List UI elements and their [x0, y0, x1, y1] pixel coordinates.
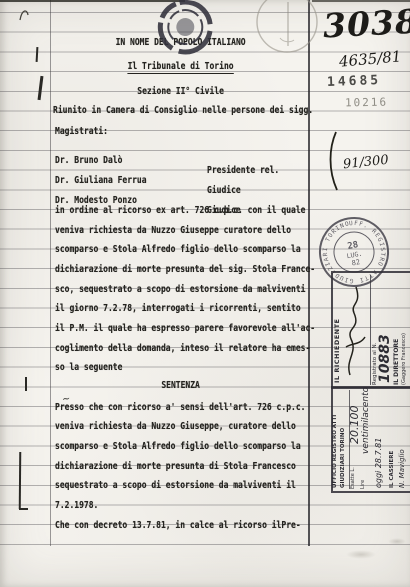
court-name-text: Il Tribunale di Torino	[128, 61, 234, 74]
scanned-document-page: IN NOME DEL POPOLO ITALIANO Il Tribunale…	[0, 0, 410, 587]
pen-stroke-icon	[326, 130, 342, 192]
director-label: IL DIRETTORE	[394, 291, 400, 385]
judge-name: Dr. Bruno Dalò	[55, 156, 122, 166]
handwritten-amount: 20.100	[349, 392, 360, 444]
body-line: scomparso e Stola Alfredo figlio dello s…	[55, 245, 301, 255]
body-line: in ordine al ricorso ex art. 726 c.p.c. …	[55, 206, 305, 216]
judge-row: Dr. Giuliana Ferrua Giudice	[55, 166, 295, 176]
body-line: veniva richiesta da Nuzzo Giuseppe, cura…	[55, 422, 296, 432]
registry-office-line2: GIUDIZIARI TORINO	[341, 396, 347, 488]
body-line: il P.M. il quale ha espresso parere favo…	[55, 324, 315, 334]
director-name: (Gaggero Francesco)	[402, 281, 407, 385]
registration-stamp-box: IL RICHIEDENTE Registrato al N. 10883 IL…	[331, 271, 410, 389]
round-ink-stamp-icon	[148, 0, 222, 63]
lire-label: Lire	[361, 454, 366, 489]
stamped-number: 14685	[327, 73, 382, 90]
body-line: dichiarazione di morte presunta del sig.…	[55, 265, 315, 275]
handwritten-case-number: 3038	[322, 2, 410, 46]
body-line: sequestrato a scopo di estorsione da mal…	[55, 481, 296, 491]
body-line: sco, sequestrato a scopo di estorsione d…	[55, 285, 305, 295]
registry-office-line1: UFFICIO REGISTRO ATTI	[333, 391, 339, 488]
judge-name: Dr. Giuliana Ferrua	[55, 176, 147, 186]
stamped-number-faint: 10216	[345, 96, 388, 110]
scan-speckle	[388, 538, 406, 545]
handwritten-amount-words: ventimilacento	[362, 390, 371, 454]
section-line: Sezione II° Civile	[53, 87, 308, 97]
body-line: veniva richiesta da Nuzzo Giuseppe curat…	[55, 226, 291, 236]
handwritten-registration-number: 10883	[378, 277, 392, 383]
embossed-stamp-icon	[250, 0, 324, 58]
court-name: Il Tribunale di Torino	[53, 62, 308, 72]
body-line: coglimento della domanda, inteso il rela…	[55, 344, 310, 354]
body-line: Presso che con ricorso a' sensi dell'art…	[55, 403, 305, 413]
esatte-label: Esatte L.	[351, 446, 356, 489]
left-margin-line	[50, 0, 51, 546]
body-line: Che con decreto 13.7.81, in calce al ric…	[55, 521, 301, 531]
cashier-label: IL CASSIERE	[390, 416, 396, 488]
cashier-stamp-box: UFFICIO REGISTRO ATTI GIUDIZIARI TORINO …	[331, 386, 410, 493]
cashier-signature: N. Maviglio	[399, 412, 406, 488]
date-line: 7.2.1978.	[55, 501, 98, 511]
signature-icon	[342, 277, 369, 383]
judge-row: Dr. Bruno Dalò Presidente rel.	[55, 146, 295, 156]
box-divider	[370, 275, 371, 385]
riunito-line: Riunito in Camera di Consiglio nelle per…	[53, 106, 313, 116]
pen-mark	[25, 377, 27, 391]
pen-mark	[17, 6, 35, 24]
scan-speckle	[346, 550, 376, 559]
sentenza-heading: SENTENZA	[53, 381, 308, 391]
body-line: so la seguente	[55, 363, 122, 373]
richiedente-label: IL RICHIEDENTE	[334, 279, 341, 383]
body-line: dichiarazione di morte presunta di Stola…	[55, 462, 296, 472]
judge-row: Dr. Modesto Ponzo Giudice	[55, 186, 295, 196]
magistrati-label: Magistrati:	[55, 127, 108, 137]
body-line: il giorno 7.2.78, interrogati i ricorren…	[55, 304, 301, 314]
date-stamp-year: 82	[351, 258, 361, 267]
body-line: scomparso e Stola Alfredo figlio dello s…	[55, 442, 301, 452]
bracket-mark	[19, 508, 28, 510]
handwritten-date-note: oggi 28.7.81	[375, 394, 383, 488]
